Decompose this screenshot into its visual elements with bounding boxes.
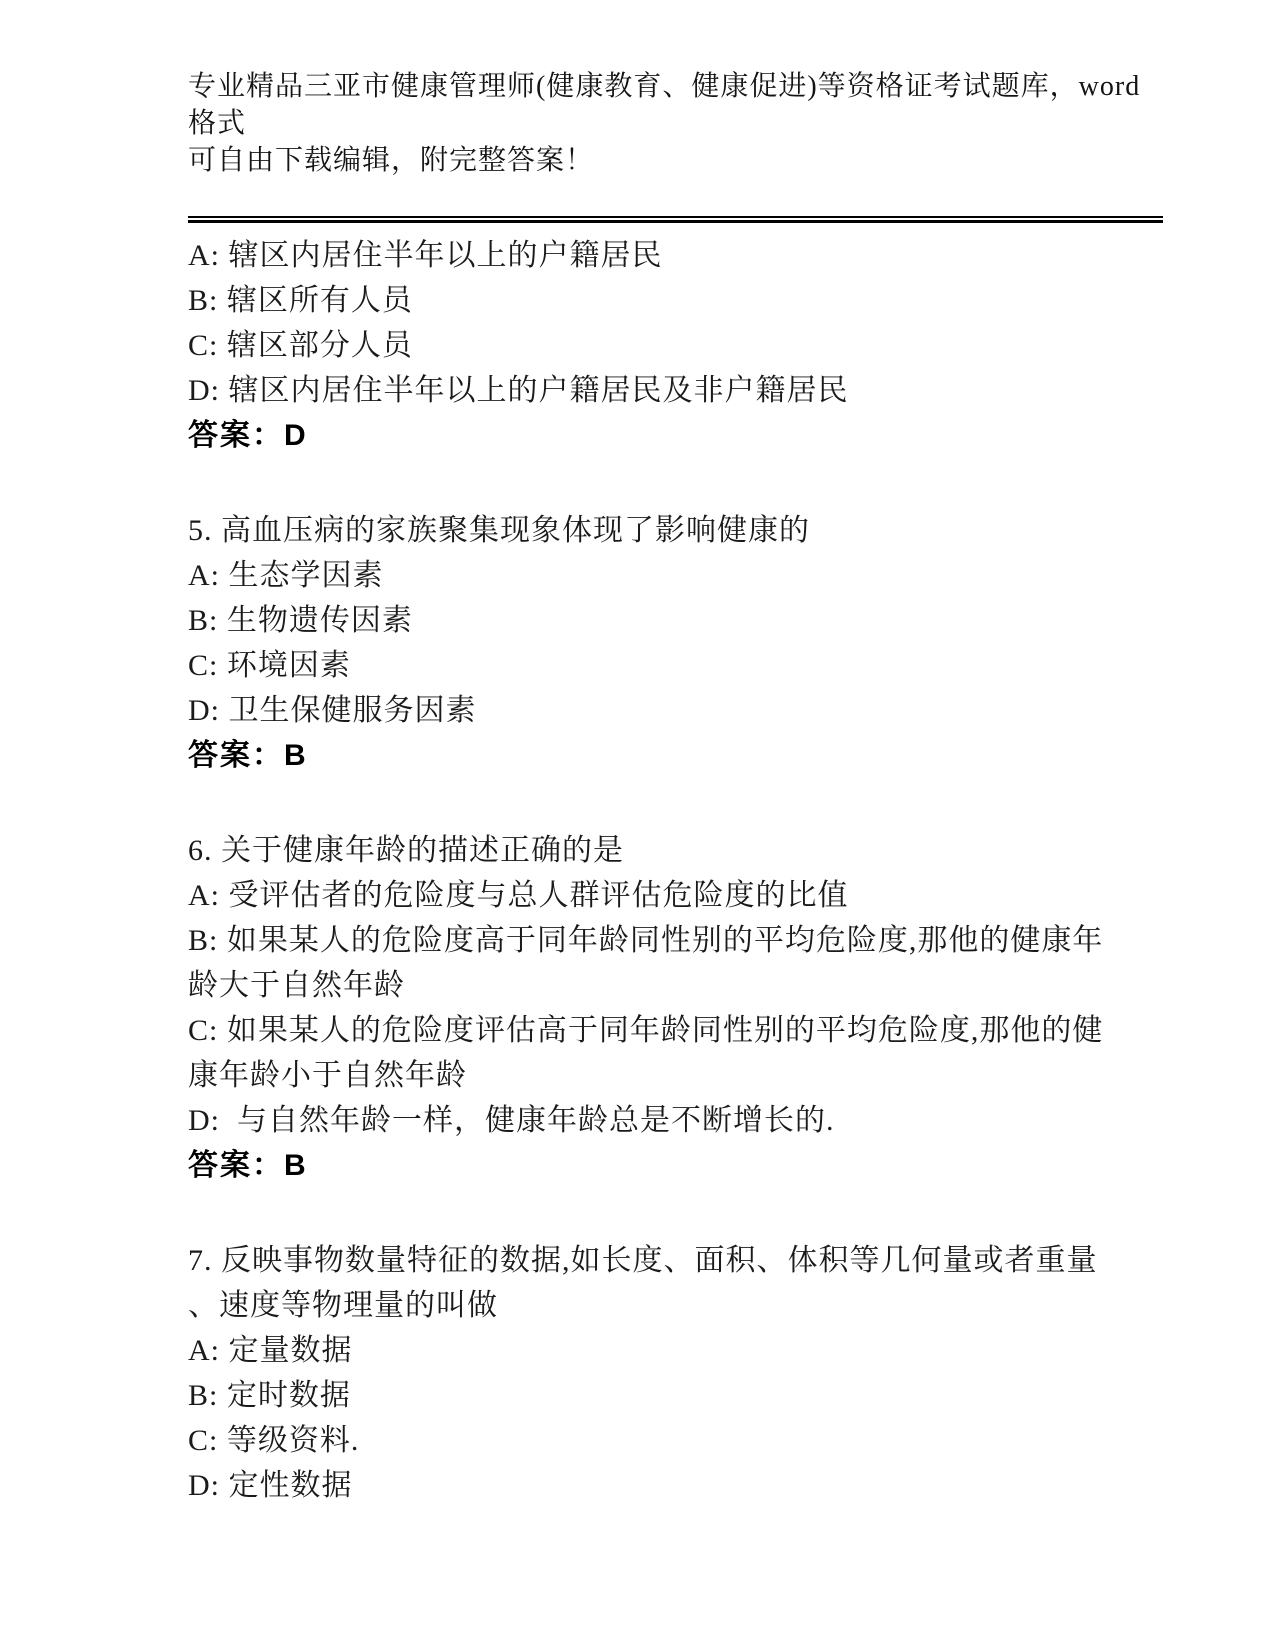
block-spacer	[188, 458, 1163, 508]
answer-line: 答案：D	[188, 413, 1163, 458]
option-line-b: B: 如果某人的危险度高于同年龄同性别的平均危险度,那他的健康年 龄大于自然年龄	[188, 918, 1163, 1008]
header-divider-rule	[188, 216, 1163, 223]
option-line-a: A: 生态学因素	[188, 553, 1163, 598]
question-stem: 6. 关于健康年龄的描述正确的是	[188, 828, 1163, 873]
option-line-c: C: 等级资料.	[188, 1418, 1163, 1463]
block-spacer	[188, 1188, 1163, 1238]
question-block-7: 7. 反映事物数量特征的数据,如长度、面积、体积等几何量或者重量 、速度等物理量…	[188, 1238, 1163, 1508]
header-line-1: 专业精品三亚市健康管理师(健康教育、健康促进)等资格证考试题库，word 格式	[188, 68, 1163, 142]
question-block-5: 5. 高血压病的家族聚集现象体现了影响健康的 A: 生态学因素 B: 生物遗传因…	[188, 508, 1163, 778]
question-block-4: A: 辖区内居住半年以上的户籍居民 B: 辖区所有人员 C: 辖区部分人员 D:…	[188, 233, 1163, 458]
option-line-b: B: 定时数据	[188, 1373, 1163, 1418]
option-line-d: D: 辖区内居住半年以上的户籍居民及非户籍居民	[188, 368, 1163, 413]
option-line-b: B: 生物遗传因素	[188, 598, 1163, 643]
option-line-d: D: 定性数据	[188, 1463, 1163, 1508]
option-line-c: C: 如果某人的危险度评估高于同年龄同性别的平均危险度,那他的健 康年龄小于自然…	[188, 1008, 1163, 1098]
option-line-b: B: 辖区所有人员	[188, 278, 1163, 323]
answer-line: 答案：B	[188, 733, 1163, 778]
question-block-6: 6. 关于健康年龄的描述正确的是 A: 受评估者的危险度与总人群评估危险度的比值…	[188, 828, 1163, 1188]
option-line-d: D: 与自然年龄一样，健康年龄总是不断增长的.	[188, 1098, 1163, 1143]
document-page: 专业精品三亚市健康管理师(健康教育、健康促进)等资格证考试题库，word 格式 …	[0, 0, 1275, 1650]
question-stem: 7. 反映事物数量特征的数据,如长度、面积、体积等几何量或者重量 、速度等物理量…	[188, 1238, 1163, 1328]
option-line-a: A: 辖区内居住半年以上的户籍居民	[188, 233, 1163, 278]
option-line-a: A: 定量数据	[188, 1328, 1163, 1373]
option-line-d: D: 卫生保健服务因素	[188, 688, 1163, 733]
question-stem: 5. 高血压病的家族聚集现象体现了影响健康的	[188, 508, 1163, 553]
block-spacer	[188, 778, 1163, 828]
answer-line: 答案：B	[188, 1143, 1163, 1188]
option-line-c: C: 环境因素	[188, 643, 1163, 688]
header-line-2: 可自由下载编辑，附完整答案！	[188, 142, 1163, 179]
option-line-a: A: 受评估者的危险度与总人群评估危险度的比值	[188, 873, 1163, 918]
document-body: A: 辖区内居住半年以上的户籍居民 B: 辖区所有人员 C: 辖区部分人员 D:…	[188, 233, 1163, 1508]
option-line-c: C: 辖区部分人员	[188, 323, 1163, 368]
document-header: 专业精品三亚市健康管理师(健康教育、健康促进)等资格证考试题库，word 格式 …	[188, 68, 1163, 179]
